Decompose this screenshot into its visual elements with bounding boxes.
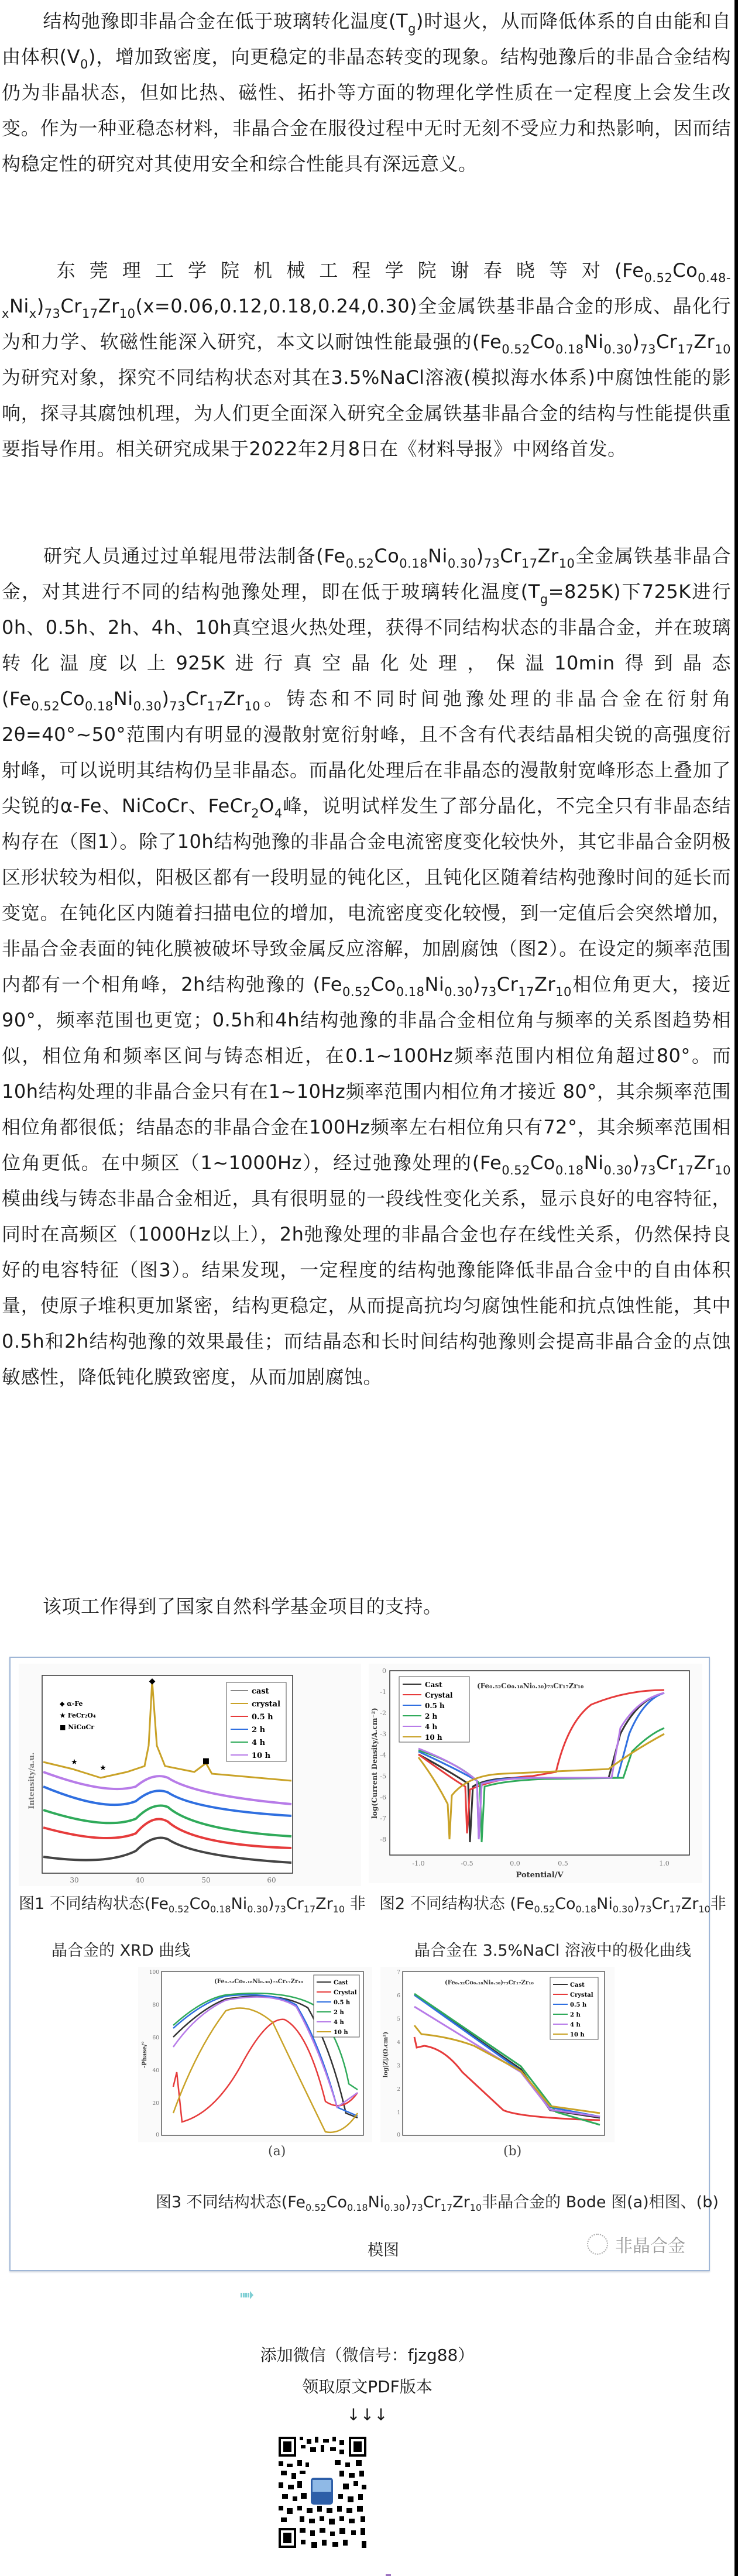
nicocr-marker-icon: ■ (202, 1757, 210, 1766)
svg-text:(Fe₀.₅₂Co₀.₁₈Ni₀.₃₀)₇₃Cr₁₇Zr₁₀: (Fe₀.₅₂Co₀.₁₈Ni₀.₃₀)₇₃Cr₁₇Zr₁₀ (214, 1979, 304, 1985)
svg-text:4 h: 4 h (570, 2022, 581, 2028)
arrow-right-icon (241, 2291, 253, 2299)
svg-text:-3: -3 (380, 1730, 386, 1738)
svg-text:(Fe₀.₅₂Co₀.₁₈Ni₀.₃₀)₇₃Cr₁₇Zr₁₀: (Fe₀.₅₂Co₀.₁₈Ni₀.₃₀)₇₃Cr₁₇Zr₁₀ (477, 1682, 583, 1690)
svg-text:0.5 h: 0.5 h (570, 2002, 587, 2008)
svg-text:2 h: 2 h (334, 2010, 344, 2016)
svg-text:30: 30 (70, 1876, 78, 1884)
svg-text:0.5: 0.5 (558, 1860, 568, 1867)
svg-text:◆ α-Fe: ◆ α-Fe (60, 1700, 83, 1708)
svg-text:2 h: 2 h (425, 1712, 438, 1720)
bode-modulus-chart: log|Z|/(Ω.cm²) (Fe₀.₅₂Co₀.₁₈Ni₀.₃₀)₇₃Cr₁… (380, 1967, 615, 2142)
svg-text:Crystal: Crystal (570, 1992, 593, 1998)
down-arrows: ↓↓↓ (0, 2405, 734, 2424)
qr-code[interactable] (279, 2437, 366, 2548)
fecr2o4-marker-icon: ★ (99, 1764, 107, 1773)
svg-text:10 h: 10 h (252, 1751, 271, 1760)
svg-text:20: 20 (153, 2101, 160, 2107)
svg-text:0.5 h: 0.5 h (334, 2000, 351, 2006)
svg-text:2 h: 2 h (570, 2012, 581, 2018)
svg-text:2 h: 2 h (252, 1726, 266, 1734)
fig2-caption-line2: 晶合金在 3.5%NaCl 溶液中的极化曲线 (414, 1938, 691, 1960)
svg-text:0: 0 (156, 2132, 159, 2138)
svg-text:log(Current Density/A.cm⁻²): log(Current Density/A.cm⁻²) (370, 1708, 379, 1818)
paragraph-research-overview: 东莞理工学院机械工程学院谢春晓等对(Fe0.52Co0.48-xNix)73Cr… (2, 253, 731, 467)
svg-text:-7: -7 (380, 1815, 386, 1822)
svg-text:Crystal: Crystal (425, 1691, 453, 1699)
svg-text:cast: cast (252, 1687, 269, 1696)
fig3a-label: (a) (268, 2144, 286, 2159)
svg-text:1: 1 (397, 2110, 400, 2116)
svg-text:0.5 h: 0.5 h (425, 1702, 445, 1710)
svg-text:10 h: 10 h (425, 1733, 442, 1742)
svg-text:-1: -1 (380, 1688, 386, 1696)
svg-text:4: 4 (397, 2040, 400, 2046)
svg-text:Crystal: Crystal (334, 1990, 357, 1996)
svg-text:-0.5: -0.5 (461, 1860, 473, 1867)
svg-text:10 h: 10 h (570, 2032, 585, 2038)
svg-text:100: 100 (149, 1970, 159, 1976)
svg-text:40: 40 (153, 2068, 160, 2074)
svg-text:★ FeCr₂O₄: ★ FeCr₂O₄ (60, 1712, 96, 1719)
svg-text:■ NiCoCr: ■ NiCoCr (60, 1723, 94, 1731)
fig1-caption-line1: 图1 不同结构状态(Fe0.52Co0.18Ni0.30)73Cr17Zr10 … (19, 1891, 366, 1914)
svg-text:0: 0 (382, 1667, 386, 1675)
svg-text:40: 40 (135, 1876, 144, 1884)
svg-text:3: 3 (397, 2063, 400, 2069)
svg-text:log|Z|/(Ω.cm²): log|Z|/(Ω.cm²) (383, 2032, 389, 2078)
svg-text:5: 5 (397, 2017, 400, 2022)
right-edge-bar (734, 0, 738, 2576)
svg-text:0: 0 (397, 2132, 400, 2138)
svg-text:50: 50 (201, 1876, 210, 1884)
svg-text:-1.0: -1.0 (412, 1860, 424, 1867)
svg-text:6: 6 (397, 1993, 400, 1999)
wechat-logo-icon (587, 2234, 608, 2255)
svg-text:10 h: 10 h (334, 2029, 348, 2036)
alpha-fe-marker-icon: ◆ (149, 1677, 156, 1686)
svg-text:4 h: 4 h (425, 1723, 438, 1731)
svg-text:-4: -4 (380, 1751, 386, 1759)
fig3-caption-line2: 模图 (368, 2237, 399, 2260)
svg-text:Cast: Cast (334, 1980, 348, 1986)
svg-text:80: 80 (153, 2003, 160, 2008)
svg-text:Cast: Cast (425, 1681, 442, 1689)
paragraph-methods-results: 研究人员通过过单辊甩带法制备(Fe0.52Co0.18Ni0.30)73Cr17… (2, 538, 731, 1395)
wechat-contact-line: 添加微信（微信号：fjzg88） (0, 2343, 734, 2366)
polarization-chart: log(Current Density/A.cm⁻²) Potential/V … (369, 1664, 702, 1883)
svg-text:4 h: 4 h (252, 1739, 266, 1747)
svg-text:Intensity/a.u.: Intensity/a.u. (28, 1753, 36, 1809)
svg-text:2: 2 (397, 2087, 400, 2093)
fig2-caption-line1: 图2 不同结构状态 (Fe0.52Co0.18Ni0.30)73Cr17Zr10… (379, 1891, 726, 1914)
svg-text:1.0: 1.0 (659, 1860, 670, 1867)
fig1-caption-line2: 晶合金的 XRD 曲线 (52, 1938, 190, 1960)
svg-text:0.5 h: 0.5 h (252, 1713, 273, 1722)
svg-text:0.0: 0.0 (510, 1860, 520, 1867)
svg-text:7: 7 (397, 1970, 400, 1976)
fig3b-label: (b) (503, 2144, 521, 2159)
svg-text:-6: -6 (380, 1794, 386, 1801)
svg-text:(Fe₀.₅₂Co₀.₁₈Ni₀.₃₀)₇₃Cr₁₇Zr₁₀: (Fe₀.₅₂Co₀.₁₈Ni₀.₃₀)₇₃Cr₁₇Zr₁₀ (445, 1980, 534, 1986)
svg-text:Cast: Cast (570, 1982, 585, 1988)
fecr2o4-marker-icon: ★ (71, 1758, 78, 1767)
svg-text:crystal: crystal (252, 1700, 280, 1709)
svg-text:-5: -5 (380, 1773, 386, 1780)
xrd-chart: Intensity/a.u. ◆ ★ ★ ■ ◆ α-Fe ★ FeCr₂O₄ … (19, 1664, 361, 1886)
svg-text:Potential/V: Potential/V (516, 1871, 564, 1880)
svg-text:-Phase/°: -Phase/° (142, 2041, 148, 2068)
svg-text:4 h: 4 h (334, 2019, 344, 2026)
svg-text:60: 60 (267, 1876, 276, 1884)
fig3-caption-line1: 图3 不同结构状态(Fe0.52Co0.18Ni0.30)73Cr17Zr10非… (156, 2189, 719, 2212)
paragraph-funding: 该项工作得到了国家自然科学基金项目的支持。 (2, 1589, 731, 1624)
paragraph-intro: 结构弛豫即非晶合金在低于玻璃转化温度(Tg)时退火，从而降低体系的自由能和自由体… (2, 4, 731, 182)
svg-text:60: 60 (153, 2035, 160, 2041)
pdf-offer-line: 领取原文PDF版本 (0, 2374, 734, 2398)
svg-text:-2: -2 (380, 1709, 386, 1717)
bode-phase-chart: -Phase/° (Fe₀.₅₂Co₀.₁₈Ni₀.₃₀)₇₃Cr₁₇Zr₁₀ … (138, 1967, 372, 2142)
svg-text:-8: -8 (380, 1836, 386, 1843)
watermark: 非晶合金 (587, 2231, 685, 2257)
figure-panel: Intensity/a.u. ◆ ★ ★ ■ ◆ α-Fe ★ FeCr₂O₄ … (9, 1657, 710, 2271)
